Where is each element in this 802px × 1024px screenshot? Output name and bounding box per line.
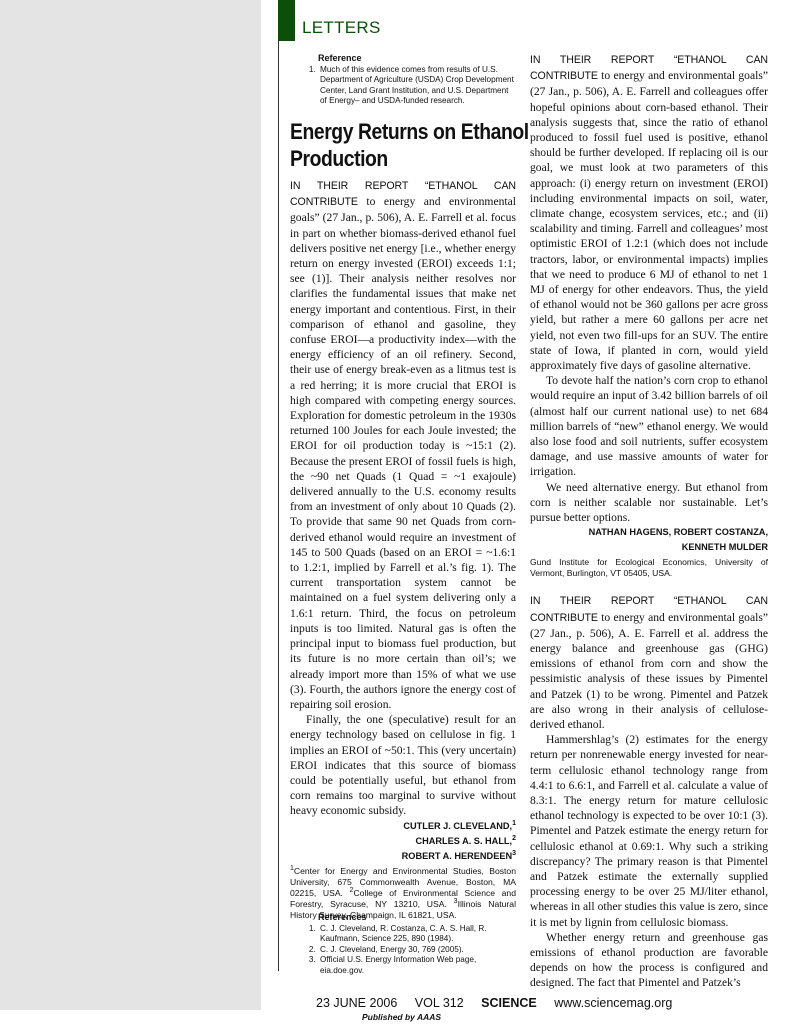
letter-3-paragraph-3: Whether energy return and greenhouse gas… — [530, 930, 768, 991]
letter-1-references: References C. J. Cleveland, R. Costanza,… — [304, 912, 522, 977]
letter-1-paragraph-1: IN THEIR REPORT “ETHANOL CAN CONTRIBUTE … — [290, 178, 516, 712]
letter-2-authors: NATHAN HAGENS, ROBERT COSTANZA, KENNETH … — [530, 525, 768, 555]
reference-item: Official U.S. Energy Information Web pag… — [318, 955, 522, 976]
issue-date: 23 JUNE 2006 — [316, 996, 397, 1010]
author: CUTLER J. CLEVELAND,1 — [290, 819, 516, 834]
letter-1-paragraph-2: Finally, the one (speculative) result fo… — [290, 712, 516, 818]
journal-name: SCIENCE — [481, 996, 537, 1010]
reference-heading: Reference — [318, 53, 516, 64]
references-heading: References — [318, 912, 522, 923]
letter-2-paragraph-3: We need alternative energy. But ethanol … — [530, 480, 768, 526]
page-footer: 23 JUNE 2006 VOL 312 SCIENCE www.science… — [316, 996, 686, 1010]
section-color-bar — [278, 0, 295, 41]
letter-3-paragraph-2: Hammershlag’s (2) estimates for the ener… — [530, 732, 768, 930]
journal-url: www.sciencemag.org — [554, 996, 672, 1010]
author: CHARLES A. S. HALL,2 — [290, 834, 516, 849]
letter-2-affiliation: Gund Institute for Ecological Economics,… — [530, 557, 768, 579]
letter-1-authors: CUTLER J. CLEVELAND,1 CHARLES A. S. HALL… — [290, 819, 516, 864]
reference-item: C. J. Cleveland, Energy 30, 769 (2005). — [318, 945, 522, 956]
author: ROBERT A. HERENDEEN3 — [290, 849, 516, 864]
right-column: IN THEIR REPORT “ETHANOL CAN CONTRIBUTE … — [530, 52, 768, 991]
reference-item: C. J. Cleveland, R. Costanza, C. A. S. H… — [318, 924, 522, 945]
article-title: Energy Returns on Ethanol Production — [290, 118, 531, 172]
letter-2-paragraph-2: To devote half the nation’s corn crop to… — [530, 373, 768, 479]
reference-item: Much of this evidence comes from results… — [318, 65, 516, 107]
letter-2-paragraph-1: IN THEIR REPORT “ETHANOL CAN CONTRIBUTE … — [530, 52, 768, 373]
letter-3: IN THEIR REPORT “ETHANOL CAN CONTRIBUTE … — [530, 593, 768, 990]
letter-2: IN THEIR REPORT “ETHANOL CAN CONTRIBUTE … — [530, 52, 768, 579]
viewer-side-panel — [0, 0, 261, 1010]
section-label: LETTERS — [302, 18, 381, 38]
letter-3-paragraph-1: IN THEIR REPORT “ETHANOL CAN CONTRIBUTE … — [530, 593, 768, 732]
volume: VOL 312 — [415, 996, 464, 1010]
top-reference-block: Reference Much of this evidence comes fr… — [304, 53, 516, 107]
letter-1: IN THEIR REPORT “ETHANOL CAN CONTRIBUTE … — [290, 178, 516, 921]
column-rule — [278, 41, 279, 971]
publisher-note: Published by AAAS — [362, 1012, 441, 1022]
